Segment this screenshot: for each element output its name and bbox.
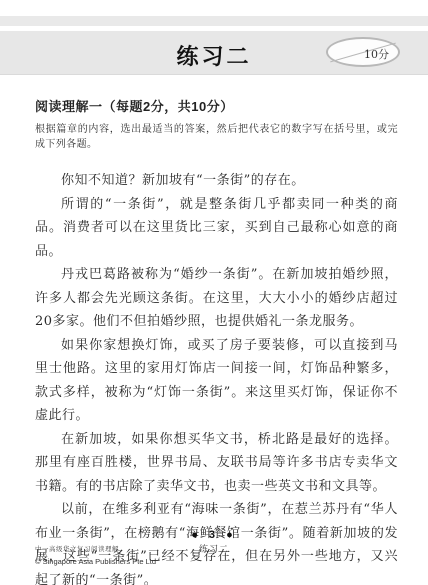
score-badge: 10分 [326,37,400,67]
section-heading: 阅读理解一（每题2分，共10分） [35,96,398,115]
book-title: 中一高级华文复习阅读理解 [35,544,156,553]
passage-paragraph: 在新加坡，如果你想买华文书，桥北路是最好的选择。那里有座百胜楼，世界书局、友联书… [35,428,398,499]
score-badge-label: 10分 [364,46,389,62]
worksheet-page: 练习二 10分 阅读理解一（每题2分，共10分） 根据篇章的内容，选出最适当的答… [0,0,428,585]
passage-paragraph: 如果你家想换灯饰，或买了房子要装修，可以直接到马里士他路。这里的家用灯饰店一间接… [35,334,398,428]
top-decorative-strip [0,16,428,26]
footer-left: 中一高级华文复习阅读理解 © Singapore Asia Publishers… [35,544,156,566]
passage-paragraph: 所谓的“一条街”，就是整条街几乎都卖同一种类的商品。消费者可以在这里货比三家，买… [35,193,398,264]
page-number: ● 3 ● [0,529,428,541]
reading-passage: 你知不知道？新加坡有“一条街”的存在。所谓的“一条街”，就是整条街几乎都卖同一种… [35,169,398,585]
instructions-text: 根据篇章的内容，选出最适当的答案，然后把代表它的数字写在括号里，或完成下列各题。 [35,122,398,152]
passage-paragraph: 你知不知道？新加坡有“一条街”的存在。 [35,169,398,193]
header-band: 练习二 10分 [0,31,428,75]
copyright-notice: © Singapore Asia Publishers Pte Ltd [35,557,156,566]
content-area: 阅读理解一（每题2分，共10分） 根据篇章的内容，选出最适当的答案，然后把代表它… [35,96,398,585]
passage-paragraph: 丹戎巴葛路被称为“婚纱一条街”。在新加坡拍婚纱照，许多人都会先光顾这条街。在这里… [35,263,398,334]
